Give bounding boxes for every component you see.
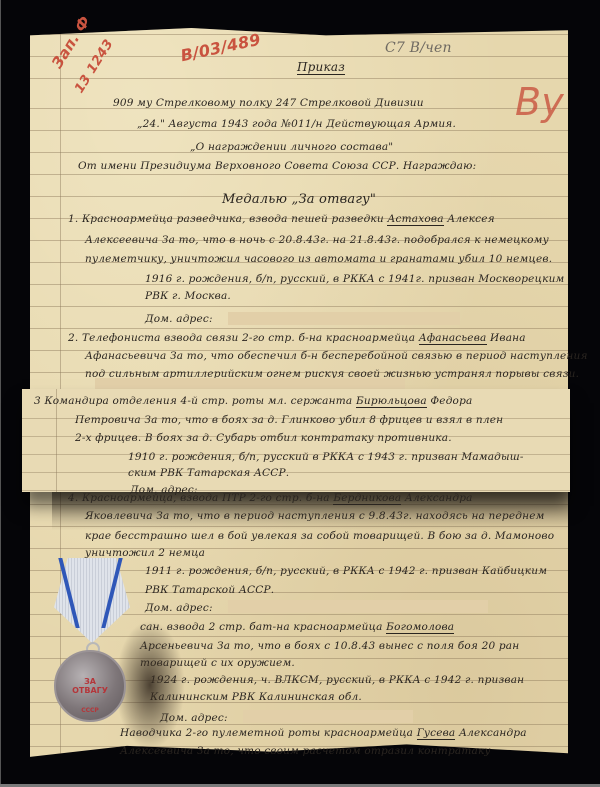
date-line: „24." Августа 1943 года №011/н Действующ… bbox=[137, 118, 456, 130]
redacted-address bbox=[228, 312, 460, 325]
entry-4-surname: Бердникова bbox=[333, 492, 401, 505]
entry-4-line-1: 4. Красноармейца, взвода ПТР 2-го стр. б… bbox=[68, 492, 473, 504]
pencil-note: С7 В/чеп bbox=[385, 40, 452, 56]
entry-3-surname: Бирюльцова bbox=[356, 395, 427, 408]
entry-5-surname: Богомолова bbox=[386, 621, 454, 634]
entry-4-line-5: 1911 г. рождения, б/п, русский, в РККА с… bbox=[145, 565, 547, 577]
redacted-address bbox=[228, 600, 488, 613]
entry-1-line-5: РВК г. Москва. bbox=[145, 290, 231, 302]
entry-3-line-4: 1910 г. рождения, б/п, русский в РККА с … bbox=[128, 451, 524, 463]
entry-2-surname: Афанасьева bbox=[419, 332, 487, 345]
entry-4-line-6: РВК Татарской АССР. bbox=[145, 584, 274, 596]
entry-2-line-2: Афанасьевича За то, что обеспечил б-н бе… bbox=[85, 350, 588, 362]
entry-1-line-2: Алексеевича За то, что в ночь с 20.8.43г… bbox=[85, 234, 549, 246]
document-title: Приказ bbox=[297, 60, 345, 75]
authority-line: От имени Президиума Верховного Совета Со… bbox=[78, 160, 476, 172]
entry-1-address-label: Дом. адрес: bbox=[145, 313, 213, 325]
entry-5-line-1: сан. взвода 2 стр. бат-на красноармейца … bbox=[140, 621, 454, 633]
entry-4-line-3: крае бесстрашно шел в бой увлекая за соб… bbox=[85, 530, 554, 542]
redacted-address bbox=[243, 710, 413, 723]
entry-1-surname: Астахова bbox=[387, 213, 443, 226]
medal-inscription-1: ЗА bbox=[84, 677, 96, 686]
medal-inscription-ussr: СССР bbox=[56, 707, 124, 714]
entry-6-line-2: Алексеевича За то, что своим расчетом от… bbox=[120, 745, 491, 757]
entry-6-surname: Гусева bbox=[417, 727, 456, 740]
entry-4-line-2: Яковлевича За то, что в период наступлен… bbox=[85, 510, 545, 522]
entry-1-line-1: 1. Красноармейца разведчика, взвода пеше… bbox=[68, 213, 495, 225]
entry-5-line-4: 1924 г. рождения, ч. ВЛКСМ, русский, в Р… bbox=[150, 674, 524, 686]
entry-3-line-5: ским РВК Татарская АССР. bbox=[128, 467, 289, 479]
order-subject: „О награждении личного состава" bbox=[190, 141, 393, 153]
entry-4-address-label: Дом. адрес: bbox=[145, 602, 213, 614]
unit-line: 909 му Стрелковому полку 247 Стрелковой … bbox=[113, 97, 424, 109]
award-heading: Медалью „За отвагу" bbox=[222, 192, 376, 207]
entry-3-line-3: 2-х фрицев. В боях за д. Субарь отбил ко… bbox=[75, 432, 452, 444]
entry-3-line-1: 3 Командира отделения 4-й стр. роты мл. … bbox=[34, 395, 472, 407]
medal-coin: ЗА ОТВАГУ СССР bbox=[54, 650, 126, 722]
entry-3-address-label: Дом. адрес: bbox=[130, 484, 198, 496]
signature: Ву bbox=[515, 80, 564, 124]
entry-1-line-3: пулеметчику, уничтожил часового из автом… bbox=[85, 253, 552, 265]
entry-1-line-4: 1916 г. рождения, б/п, русский, в РККА с… bbox=[145, 273, 564, 285]
entry-5-line-2: Арсеньевича За то, что в боях с 10.8.43 … bbox=[140, 640, 519, 652]
medal-inscription-2: ОТВАГУ bbox=[72, 686, 108, 695]
frame-edge bbox=[0, 0, 1, 787]
entry-2-line-1: 2. Телефониста взвода связи 2-го стр. б-… bbox=[68, 332, 526, 344]
entry-3-line-2: Петровича За то, что в боях за д. Глинко… bbox=[75, 414, 503, 426]
medal-for-courage-image: ЗА ОТВАГУ СССР bbox=[48, 558, 136, 728]
